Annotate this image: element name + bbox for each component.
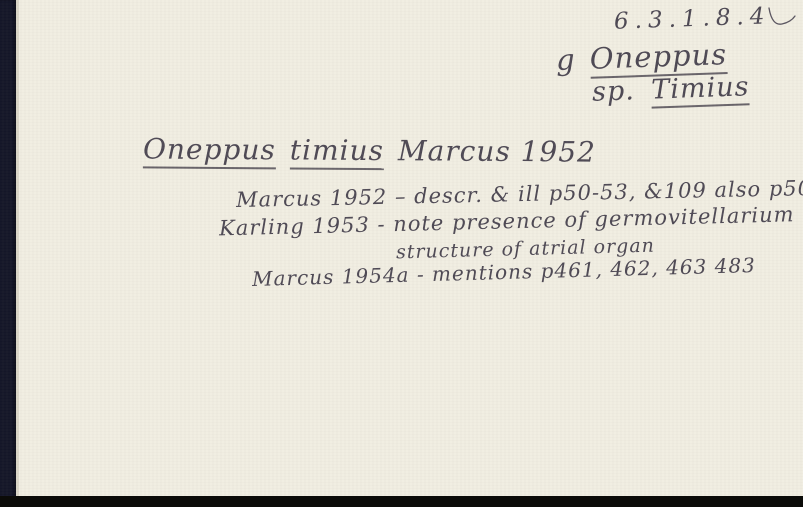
card-left-edge: [16, 0, 19, 507]
genus-prefix: g: [555, 42, 576, 77]
heading-author-year: Marcus 1952: [398, 134, 596, 168]
species-prefix: sp.: [592, 75, 636, 107]
heading-line: OneppustimiusMarcus 1952: [143, 132, 596, 168]
catalog-number: 6.3.1.8.4: [614, 3, 771, 34]
species-name: Timius: [651, 71, 750, 108]
corner-genus-line: g Oneppus: [555, 37, 727, 77]
scan-left-backing: [0, 0, 16, 507]
scan-bottom-backing: [0, 496, 803, 507]
heading-genus: Oneppus: [143, 132, 276, 169]
stray-pen-mark: [764, 4, 800, 32]
scanned-index-card: 6.3.1.8.4 g Oneppus sp. Timius Oneppusti…: [0, 0, 803, 507]
heading-species: timius: [290, 133, 384, 170]
corner-species-line: sp. Timius: [592, 71, 750, 107]
